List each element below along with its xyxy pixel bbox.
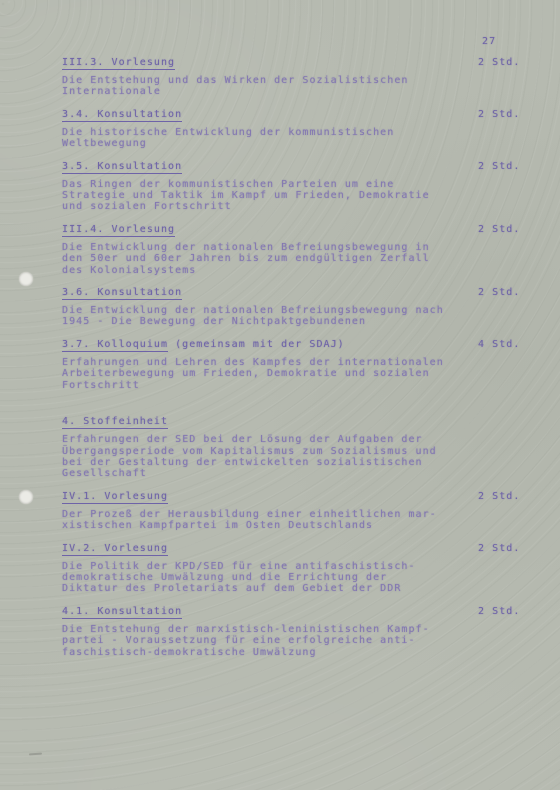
section-heading-title: 3.4. Konsultation	[62, 109, 182, 122]
section-heading-title: III.3. Vorlesung	[62, 57, 175, 70]
section-body: Die Entstehung der marxistisch-leninisti…	[62, 624, 542, 658]
section-heading-title: 4.1. Konsultation	[62, 606, 182, 619]
section-body: Erfahrungen der SED bei der Lösung der A…	[62, 434, 542, 480]
section-heading: III.4. Vorlesung2 Std.	[62, 224, 542, 236]
course-section: III.4. Vorlesung2 Std. Die Entwicklung d…	[62, 224, 542, 276]
section-heading-title: IV.2. Vorlesung	[62, 543, 168, 556]
section-heading-title: IV.1. Vorlesung	[62, 491, 168, 504]
section-hours: 4 Std.	[478, 339, 520, 351]
course-section: 3.5. Konsultation2 Std. Das Ringen der k…	[62, 161, 542, 213]
section-heading-title: 3.6. Konsultation	[62, 287, 182, 300]
section-body: Die Politik der KPD/SED für eine antifas…	[62, 561, 542, 595]
section-heading-title: III.4. Vorlesung	[62, 224, 175, 237]
section-heading: 4.1. Konsultation2 Std.	[62, 606, 542, 618]
course-section: 4.1. Konsultation2 Std. Die Entstehung d…	[62, 606, 542, 658]
section-heading: III.3. Vorlesung2 Std.	[62, 57, 542, 69]
hole-punch-bottom	[19, 490, 33, 504]
section-heading: 3.5. Konsultation2 Std.	[62, 161, 542, 173]
section-heading-title: 3.7. Kolloquium	[62, 339, 168, 352]
section-heading: 3.7. Kolloquium(gemeinsam mit der SDAJ)4…	[62, 339, 542, 351]
course-section: IV.1. Vorlesung2 Std. Der Prozeß der Her…	[62, 491, 542, 532]
section-heading-suffix: (gemeinsam mit der SDAJ)	[168, 339, 345, 350]
section-heading: 4. Stoffeinheit	[62, 416, 542, 428]
section-body: Die Entwicklung der nationalen Befreiung…	[62, 305, 542, 328]
course-section: 3.7. Kolloquium(gemeinsam mit der SDAJ)4…	[62, 339, 542, 391]
section-body: Der Prozeß der Herausbildung einer einhe…	[62, 509, 542, 532]
section-body: Erfahrungen und Lehren des Kampfes der i…	[62, 357, 542, 391]
hole-punch-top	[19, 272, 33, 286]
section-heading: 3.6. Konsultation2 Std.	[62, 287, 542, 299]
section-heading-title: 4. Stoffeinheit	[62, 416, 168, 429]
course-section: 4. Stoffeinheit Erfahrungen der SED bei …	[62, 416, 542, 480]
section-heading-title: 3.5. Konsultation	[62, 161, 182, 174]
section-heading: 3.4. Konsultation2 Std.	[62, 109, 542, 121]
section-heading: IV.1. Vorlesung2 Std.	[62, 491, 542, 503]
course-section: IV.2. Vorlesung2 Std. Die Politik der KP…	[62, 543, 542, 595]
section-hours: 2 Std.	[478, 543, 520, 555]
page-number: 27	[482, 36, 496, 47]
smudge-mark	[29, 753, 42, 756]
section-hours: 2 Std.	[478, 224, 520, 236]
section-list: III.3. Vorlesung2 Std. Die Entstehung un…	[62, 57, 542, 669]
section-hours: 2 Std.	[478, 57, 520, 69]
course-section: 3.4. Konsultation2 Std. Die historische …	[62, 109, 542, 150]
section-hours: 2 Std.	[478, 491, 520, 503]
section-body: Die Entwicklung der nationalen Befreiung…	[62, 242, 542, 276]
section-hours: 2 Std.	[478, 161, 520, 173]
course-section: 3.6. Konsultation2 Std. Die Entwicklung …	[62, 287, 542, 328]
section-body: Das Ringen der kommunistischen Parteien …	[62, 179, 542, 213]
document-page: 27 III.3. Vorlesung2 Std. Die Entstehung…	[0, 0, 560, 790]
course-section: III.3. Vorlesung2 Std. Die Entstehung un…	[62, 57, 542, 98]
section-hours: 2 Std.	[478, 109, 520, 121]
section-hours: 2 Std.	[478, 606, 520, 618]
section-body: Die Entstehung und das Wirken der Sozial…	[62, 75, 542, 98]
section-heading: IV.2. Vorlesung2 Std.	[62, 543, 542, 555]
section-hours: 2 Std.	[478, 287, 520, 299]
section-body: Die historische Entwicklung der kommunis…	[62, 127, 542, 150]
